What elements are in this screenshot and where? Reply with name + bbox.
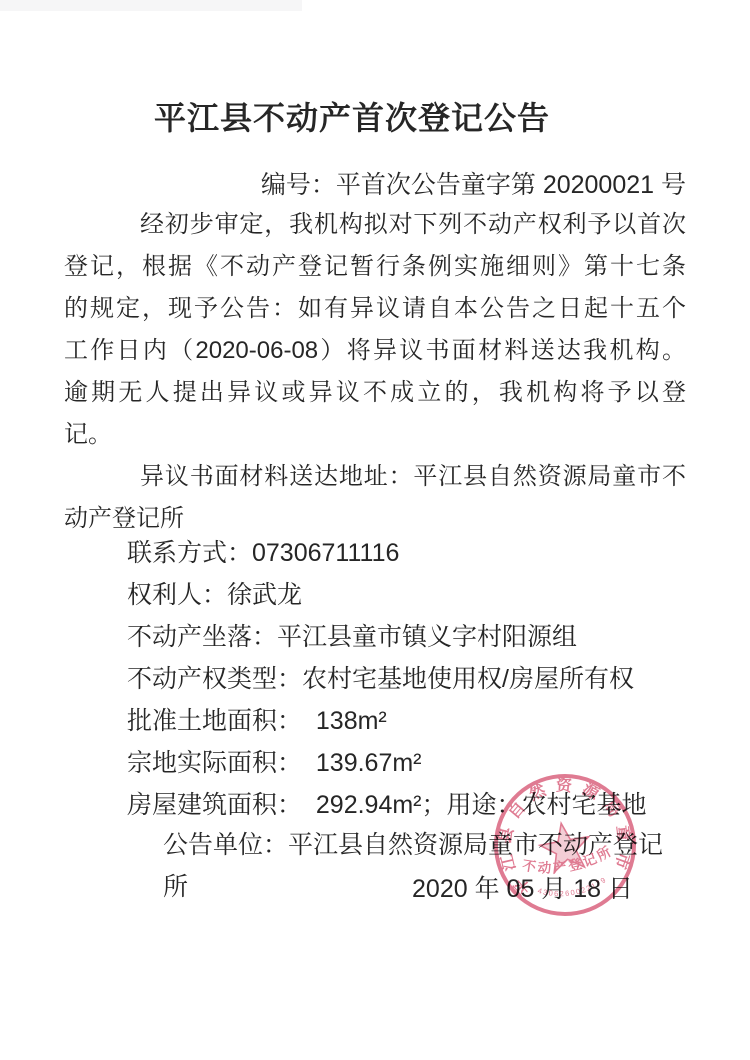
text-line: 记。 bbox=[64, 414, 686, 456]
text-line: 工作日内（2020-06-08）将异议书面材料送达我机构。 bbox=[64, 330, 686, 372]
property-details: 联系方式：07306711116 权利人：徐武龙 不动产坐落：平江县童市镇义字村… bbox=[64, 532, 686, 826]
announcement-body-paragraph: 经初步审定，我机构拟对下列不动产权利予以首次 登记，根据《不动产登记暂行条例实施… bbox=[64, 204, 686, 456]
property-right-type-line: 不动产权类型：农村宅基地使用权/房屋所有权 bbox=[64, 658, 686, 700]
doc-number-block: 编号：平首次公告童字第 20200021 号 bbox=[64, 164, 686, 206]
document-page: 平江县不动产首次登记公告 编号：平首次公告童字第 20200021 号 经初步审… bbox=[0, 0, 750, 1060]
property-location-line: 不动产坐落：平江县童市镇义字村阳源组 bbox=[64, 616, 686, 658]
text-line: 的规定，现予公告：如有异议请自本公告之日起十五个 bbox=[64, 288, 686, 330]
contact-line: 联系方式：07306711116 bbox=[64, 532, 686, 574]
text-line: 登记，根据《不动产登记暂行条例实施细则》第十七条 bbox=[64, 246, 686, 288]
doc-number: 编号：平首次公告童字第 20200021 号 bbox=[64, 164, 686, 206]
scan-artifact bbox=[0, 0, 302, 11]
building-area-line: 房屋建筑面积： 292.94m²；用途：农村宅基地 bbox=[64, 784, 686, 826]
objection-address-paragraph: 异议书面材料送达地址：平江县自然资源局童市不 动产登记所 bbox=[64, 456, 686, 540]
actual-parcel-area-line: 宗地实际面积： 139.67m² bbox=[64, 742, 686, 784]
text-line: 经初步审定，我机构拟对下列不动产权利予以首次 bbox=[64, 204, 686, 246]
text-line: 逾期无人提出异议或异议不成立的，我机构将予以登 bbox=[64, 372, 686, 414]
text-line: 异议书面材料送达地址：平江县自然资源局童市不 bbox=[64, 456, 686, 498]
approved-land-area-line: 批准土地面积： 138m² bbox=[64, 700, 686, 742]
rights-holder-line: 权利人：徐武龙 bbox=[64, 574, 686, 616]
announcement-title: 平江县不动产首次登记公告 bbox=[41, 96, 663, 140]
date-line: 2020 年 05 月 18 日 bbox=[64, 868, 686, 910]
date-block: 2020 年 05 月 18 日 bbox=[64, 868, 686, 910]
